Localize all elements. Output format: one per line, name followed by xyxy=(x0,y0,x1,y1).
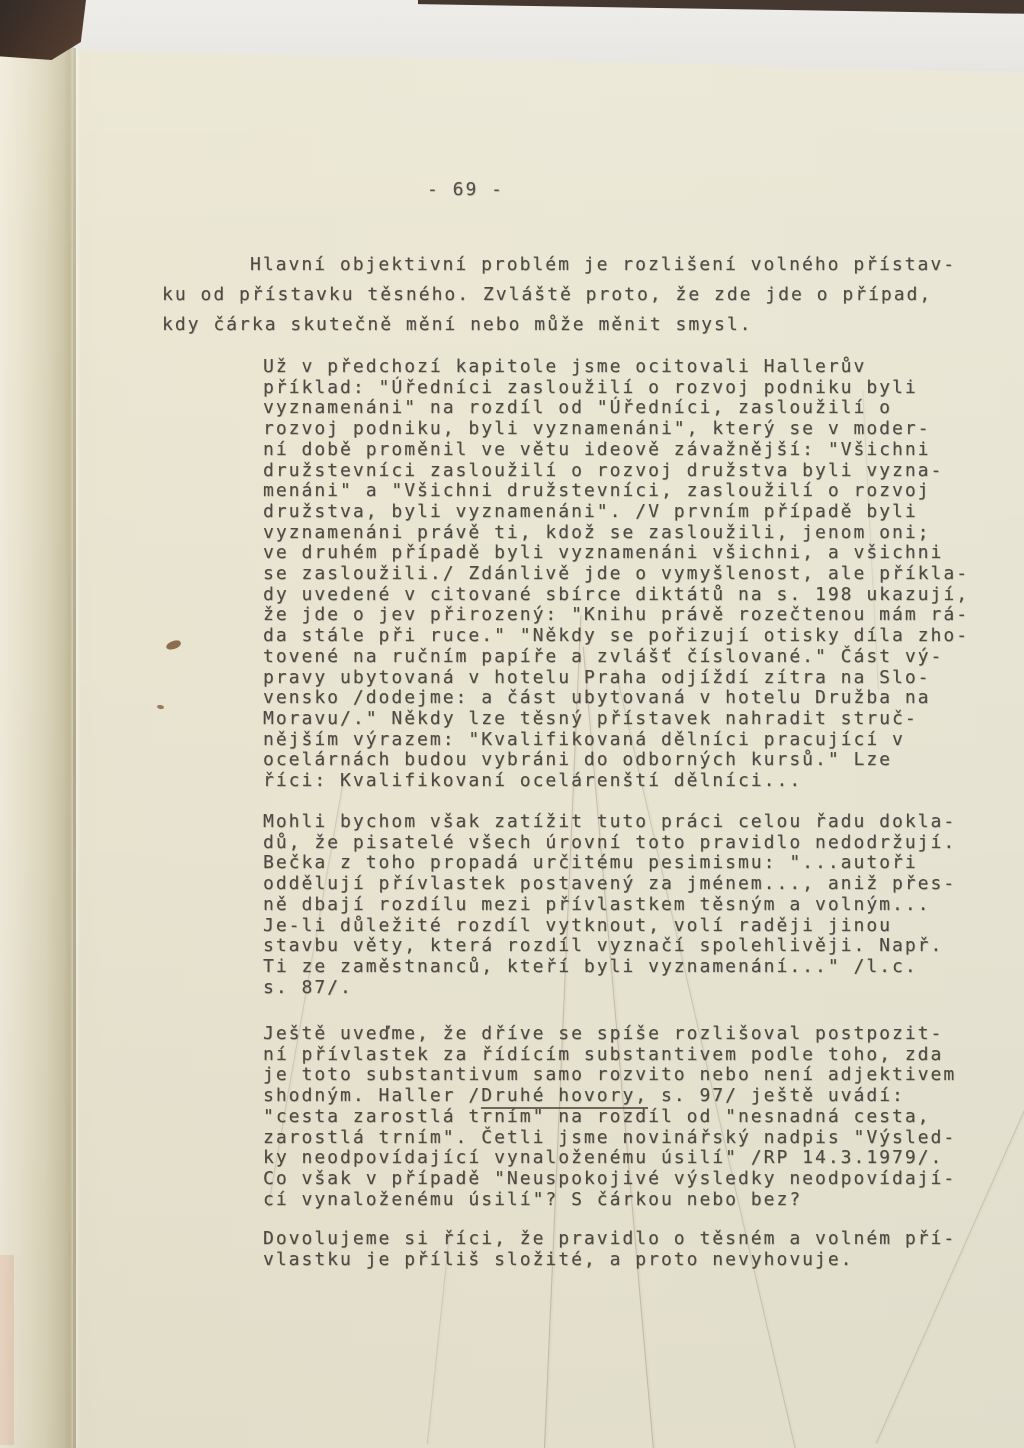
text-line: menáni" a "Všichni družstevníci, zaslouž… xyxy=(263,481,969,502)
quoted-block-4: Dovolujeme si říci, že pravidlo o těsném… xyxy=(263,1229,956,1270)
text-line: Ještě uveďme, že dříve se spíše rozlišov… xyxy=(263,1024,956,1045)
text-line: ně dbají rozdílu mezi přívlastkem těsným… xyxy=(263,895,956,916)
text-line: Dovolujeme si říci, že pravidlo o těsném… xyxy=(263,1229,956,1250)
text-line: ocelárnách budou vybráni do odborných ku… xyxy=(263,750,969,771)
text-line: Hlavní objektivní problém je rozlišení v… xyxy=(162,250,956,280)
text-line: ní době proměnil ve větu ideově závažněj… xyxy=(263,440,969,461)
text-line: Už v předchozí kapitole jsme ocitovali H… xyxy=(263,357,969,378)
text-line: Mohli bychom však zatížit tuto práci cel… xyxy=(263,812,956,833)
text-line: pravy ubytovaná v hotelu Praha odjíždí z… xyxy=(263,668,969,689)
text-line: "cesta zarostlá trním" na rozdíl od "nes… xyxy=(263,1107,956,1128)
text-line: ve druhém případě byli vyznamenáni všich… xyxy=(263,543,969,564)
text-line: Je-li důležité rozdíl vytknout, volí rad… xyxy=(263,916,956,937)
text-line: ku od přístavku těsného. Zvláště proto, … xyxy=(162,280,956,310)
text-line: ky neodpovídající vynaloženému úsilí" /R… xyxy=(263,1148,956,1169)
quoted-block-1: Už v předchozí kapitole jsme ocitovali H… xyxy=(263,357,969,792)
text-line: s. 87/. xyxy=(263,978,956,999)
quoted-block-2: Mohli bychom však zatížit tuto práci cel… xyxy=(263,812,956,998)
text-line: cí vynaloženému úsilí"? S čárkou nebo be… xyxy=(263,1190,956,1211)
text-line: tovené na ručním papíře a zvlášť číslova… xyxy=(263,647,969,668)
text-line: shodným. Haller /Druhé hovory, s. 97/ je… xyxy=(263,1086,956,1107)
scanned-document-page: - 69 - Hlavní objektivní problém je rozl… xyxy=(0,0,1024,1448)
page-edge-line xyxy=(73,48,76,1448)
text-line: družstva, byli vyznamenáni". /V prvním p… xyxy=(263,502,969,523)
text-segment: shodným. Haller / xyxy=(263,1085,481,1106)
text-line: vyznamenáni" na rozdíl od "Úředníci, zas… xyxy=(263,398,969,419)
text-line: říci: Kvalifikovaní ocelárenští dělníci.… xyxy=(263,771,969,792)
text-line: že jde o jev přirozený: "Knihu právě roz… xyxy=(263,605,969,626)
text-line: je toto substantivum samo rozvito nebo n… xyxy=(263,1065,956,1086)
text-line: rozvoj podniku, byli vyznamenáni", který… xyxy=(263,419,969,440)
text-line: nějším výrazem: "Kvalifikovaná dělníci p… xyxy=(263,730,969,751)
text-line: dy uvedené v citované sbírce diktátů na … xyxy=(263,585,969,606)
text-line: da stále při ruce." "Někdy se pořizují o… xyxy=(263,626,969,647)
text-line: Bečka z toho propadá určitému pesimismu:… xyxy=(263,853,956,874)
page-number: - 69 - xyxy=(427,179,504,201)
intro-paragraph: Hlavní objektivní problém je rozlišení v… xyxy=(162,250,956,340)
text-segment: s. 97/ ještě uvádí: xyxy=(648,1085,905,1106)
text-line: ní přívlastek za řídícím substantivem po… xyxy=(263,1045,956,1066)
page-curl-edge xyxy=(0,46,74,1448)
text-line: Ti ze zaměstnanců, kteří byli vyznamenán… xyxy=(263,957,956,978)
text-line: kdy čárka skutečně mění nebo může měnit … xyxy=(162,310,956,340)
page-edge-underlay xyxy=(0,1255,14,1445)
text-line: zarostlá trním". Četli jsme novinářský n… xyxy=(263,1128,956,1149)
quoted-block-3: Ještě uveďme, že dříve se spíše rozlišov… xyxy=(263,1024,956,1210)
text-line: vensko /dodejme: a část ubytovaná v hote… xyxy=(263,688,969,709)
text-line: stavbu věty, která rozdíl vyznačí spoleh… xyxy=(263,936,956,957)
text-line: Moravu/." Někdy lze těsný přístavek nahr… xyxy=(263,709,969,730)
text-line: Co však v případě "Neuspokojivé výsledky… xyxy=(263,1169,956,1190)
text-line: družstevníci zasloužilí o rozvoj družstv… xyxy=(263,461,969,482)
text-line: oddělují přívlastek postavený za jménem.… xyxy=(263,874,956,895)
text-line: vyznamenáni právě ti, kdož se zasloužili… xyxy=(263,523,969,544)
text-line: dů, že pisatelé všech úrovní toto pravid… xyxy=(263,833,956,854)
text-line: vlastku je příliš složité, a proto nevyh… xyxy=(263,1250,956,1271)
text-line: se zasloužili./ Zdánlivě jde o vymyšleno… xyxy=(263,564,969,585)
text-line: příklad: "Úředníci zasloužilí o rozvoj p… xyxy=(263,378,969,399)
